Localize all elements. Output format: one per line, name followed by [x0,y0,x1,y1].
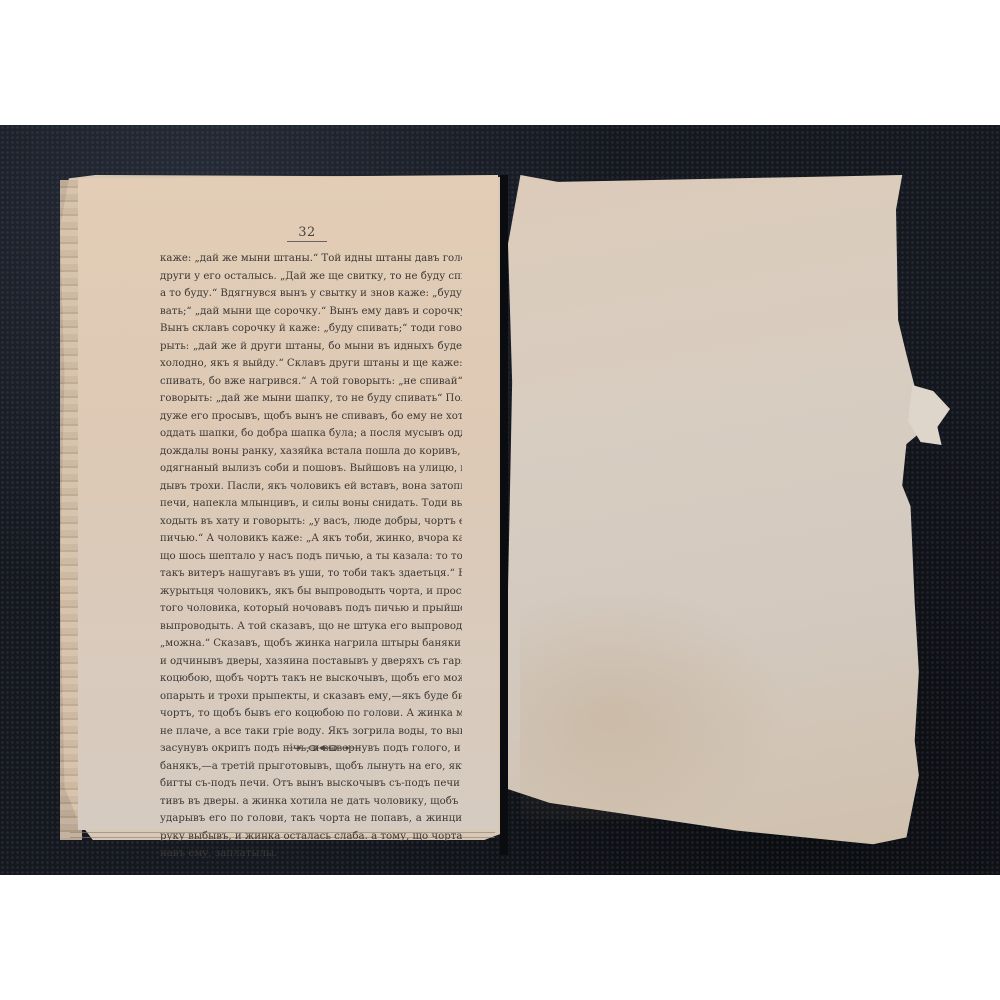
text-line: вать;“ „дай мыни ще сорочку.“ Вынъ ему д… [160,303,462,321]
text-line: други у его осталысь. „Дай же ще свитку,… [160,268,462,286]
text-line: печи, напекла млынцивъ, и силы воны снид… [160,495,462,513]
text-line: холодно, якъ я выйду.“ Склавъ други штан… [160,355,462,373]
text-line: каже: „дай же мыни штаны.“ Той идны штан… [160,250,462,268]
body-text: каже: „дай же мыни штаны.“ Той идны штан… [160,250,462,863]
text-line: журытьця чоловикъ, якъ бы выпроводыть чо… [160,583,462,601]
text-line: дывъ трохи. Пасли, якъ чоловикъ ей встав… [160,478,462,496]
text-line: выпроводыть. А той сказавъ, що не штука … [160,618,462,636]
book-gutter [500,175,508,855]
text-line: спивать, бо вже нагрився.“ А той говорыт… [160,373,462,391]
page-number: 32 [287,225,327,240]
text-line: оддать шапки, бо добра шапка була; а пос… [160,425,462,443]
text-line: навъ ему, заплатылы. [160,845,462,863]
text-line: пичью.“ А чоловикъ каже: „А якъ тоби, жи… [160,530,462,548]
text-line: ударывъ его по голови, такъ чорта не поп… [160,810,462,828]
page-number-rule [287,241,327,242]
text-line: а то буду.“ Вдягнувся вынъ у свытку и зн… [160,285,462,303]
paper-stain [520,560,820,820]
text-line: тивъ въ дверы. а жинка хотила не дать чо… [160,793,462,811]
text-line: рыть: „дай же й други штаны, бо мыни въ … [160,338,462,356]
text-line: Вынъ склавъ сорочку й каже: „буду спиват… [160,320,462,338]
text-line: дождалы воны ранку, хазяйка встала пошла… [160,443,462,461]
text-line: чортъ, то щобъ бывъ его коцюбою по голов… [160,705,462,723]
text-line: дуже его просывъ, щобъ вынъ не спивавъ, … [160,408,462,426]
text-line: одягнаный вылизъ соби и пошовъ. Выйшовъ … [160,460,462,478]
text-line: коцюбою, щобъ чортъ такъ не выскочывъ, щ… [160,670,462,688]
text-line: и одчинывъ дверы, хазяина поставывъ у дв… [160,653,462,671]
ornament-flourish-icon [285,743,361,753]
text-line: руку выбывъ, и жинка осталась слаба. а т… [160,828,462,846]
text-line: що шось шептало у насъ подъ пичью, а ты … [160,548,462,566]
text-line: того чоловика, который ночовавъ подъ пич… [160,600,462,618]
text-line: не плаче, а все таки гріе воду. Якъ зогр… [160,723,462,741]
text-line: такъ витеръ нашугавъ въ уши, то тоби так… [160,565,462,583]
text-line: опарыть и трохи прыпекты, и сказавъ ему,… [160,688,462,706]
text-line: „можна.“ Сказавъ, щобъ жинка нагрила шты… [160,635,462,653]
text-line: банякъ,—а третій прыготовывъ, щобъ лынут… [160,758,462,776]
text-line: говорыть: „дай же мыни шапку, то не буду… [160,390,462,408]
text-line: ходыть въ хату и говорыть: „у васъ, люде… [160,513,462,531]
text-line: бигты съ-подъ печи. Отъ вынъ выскочывъ с… [160,775,462,793]
